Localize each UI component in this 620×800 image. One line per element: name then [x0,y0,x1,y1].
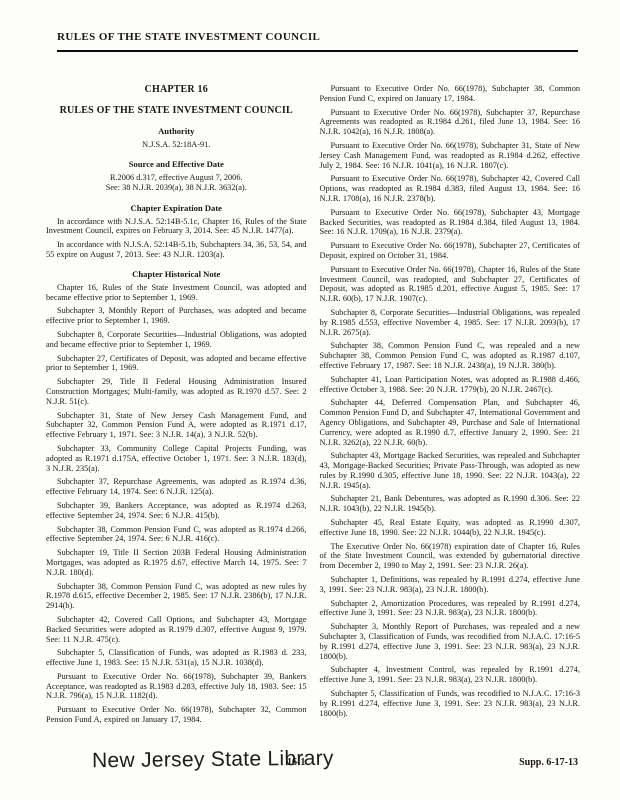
page-number: 16-1 [287,757,305,768]
paragraph: Subchapter 33, Community College Capital… [46,444,307,473]
paragraph: The Executive Order No. 66(1978) expirat… [320,542,581,571]
paragraph: Pursuant to Executive Order No. 66(1978)… [320,84,581,104]
paragraph: Subchapter 31, State of New Jersey Cash … [46,411,307,440]
paragraph: Pursuant to Executive Order No. 66(1978)… [320,141,581,170]
paragraph: Subchapter 4, Investment Control, was re… [320,665,581,685]
paragraph: Subchapter 38, Common Pension Fund C, wa… [320,341,581,370]
paragraph: Subchapter 45, Real Estate Equity, was a… [320,518,581,538]
section-heading: Chapter Expiration Date [46,203,307,213]
document-page: RULES OF THE STATE INVESTMENT COUNCIL CH… [0,0,620,800]
chapter-heading: CHAPTER 16 [46,84,307,96]
page-body: CHAPTER 16RULES OF THE STATE INVESTMENT … [46,84,580,729]
paragraph: Subchapter 29, Title II Federal Housing … [46,377,307,406]
paragraph: In accordance with N.J.S.A. 52:14B-5.1b,… [46,240,307,260]
supplement-label: Supp. 6-17-13 [519,757,578,768]
section-heading: Source and Effective Date [46,159,307,169]
paragraph: Subchapter 43, Mortgage Backed Securitie… [320,451,581,490]
center-line: See: 38 N.J.R. 2039(a), 38 N.J.R. 3632(a… [46,183,307,193]
running-header: RULES OF THE STATE INVESTMENT COUNCIL [57,31,320,43]
paragraph: Subchapter 1, Definitions, was repealed … [320,575,581,595]
paragraph: Subchapter 38, Common Pension Fund C, wa… [46,525,307,545]
paragraph: Subchapter 39, Bankers Acceptance, was a… [46,501,307,521]
section-heading: Authority [46,126,307,136]
paragraph: Subchapter 2, Amortization Procedures, w… [320,599,581,619]
section-heading: Chapter Historical Note [46,269,307,279]
paragraph: Pursuant to Executive Order No. 66(1978)… [46,672,307,701]
chapter-heading: RULES OF THE STATE INVESTMENT COUNCIL [46,105,307,117]
paragraph: Subchapter 38, Common Pension Fund C, wa… [46,582,307,611]
paragraph: Subchapter 19, Title II Section 203B Fed… [46,548,307,577]
right-column: Pursuant to Executive Order No. 66(1978)… [320,84,581,729]
paragraph: Pursuant to Executive Order No. 66(1978)… [320,241,581,261]
paragraph: Subchapter 5, Classification of Funds, w… [46,648,307,668]
header-rule [57,50,578,52]
center-line: N.J.S.A. 52:18A-91. [46,140,307,150]
paragraph: In accordance with N.J.S.A. 52:14B-5.1c,… [46,217,307,237]
paragraph: Subchapter 8, Corporate Securities—Indus… [46,330,307,350]
paragraph: Subchapter 37, Repurchase Agreements, wa… [46,477,307,497]
paragraph: Chapter 16, Rules of the State Investmen… [46,283,307,303]
paragraph: Subchapter 42, Covered Call Options, and… [46,615,307,644]
paragraph: Subchapter 8, Corporate Securities—Indus… [320,308,581,337]
paragraph: Subchapter 3, Monthly Report of Purchase… [320,622,581,661]
paragraph: Subchapter 41, Loan Participation Notes,… [320,375,581,395]
paragraph: Subchapter 3, Monthly Report of Purchase… [46,306,307,326]
left-column: CHAPTER 16RULES OF THE STATE INVESTMENT … [46,84,307,729]
paragraph: Pursuant to Executive Order No. 66(1978)… [320,265,581,304]
paragraph: Pursuant to Executive Order No. 66(1978)… [320,174,581,203]
library-stamp: New Jersey State Library [92,747,334,774]
paragraph: Pursuant to Executive Order No. 66(1978)… [320,208,581,237]
paragraph: Pursuant to Executive Order No. 66(1978)… [46,705,307,725]
center-line: R.2006 d.317, effective August 7, 2006. [46,173,307,183]
paragraph: Subchapter 21, Bank Debentures, was adop… [320,494,581,514]
paragraph: Subchapter 27, Certificates of Deposit, … [46,354,307,374]
paragraph: Subchapter 5, Classification of Funds, w… [320,689,581,718]
paragraph: Subchapter 44, Deferred Compensation Pla… [320,398,581,447]
paragraph: Pursuant to Executive Order No. 66(1978)… [320,108,581,137]
